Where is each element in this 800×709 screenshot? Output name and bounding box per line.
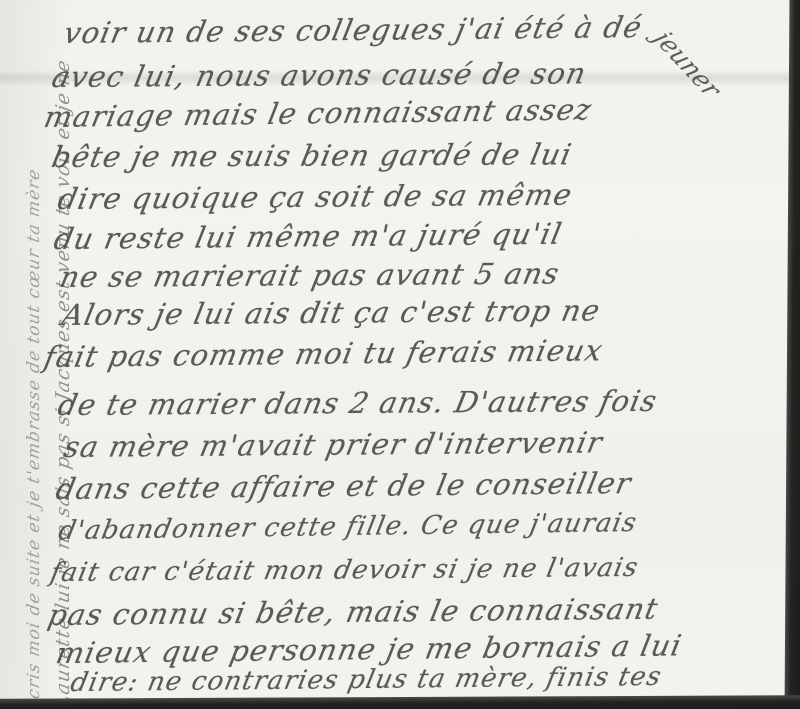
handwritten-line: ne se marierait pas avant 5 ans	[57, 257, 563, 295]
handwritten-line: fait car c'était mon devoir si je ne l'a…	[48, 553, 641, 588]
handwritten-line: du reste lui même m'a juré qu'il	[51, 217, 565, 256]
handwritten-line: mariage mais le connaissant assez	[41, 92, 595, 134]
handwritten-line: avec lui, nous avons causé de son	[49, 56, 590, 94]
handwritten-line: dans cette affaire et de le conseiller	[53, 466, 635, 506]
scan-edge-bottom	[0, 695, 800, 709]
handwritten-line: dire quoique ça soit de sa même	[55, 178, 576, 217]
handwritten-line: voir un de ses collegues j'ai été à dé	[61, 10, 645, 50]
letter-page: Laurette lui je ne sais pas si Jacques e…	[0, 0, 800, 709]
handwritten-line-end-diagonal: jeuner	[647, 26, 727, 102]
scan-edge-right	[784, 0, 800, 709]
handwritten-line: d'abandonner cette fille. Ce que j'aurai…	[56, 508, 640, 546]
handwritten-line: de te marier dans 2 ans. D'autres fois	[55, 384, 661, 422]
handwritten-line: dire: ne contraries plus ta mère, finis …	[68, 662, 665, 698]
handwritten-line: fait pas comme moi tu ferais mieux	[41, 333, 606, 374]
handwritten-line: sa mère m'avait prier d'intervenir	[61, 425, 606, 464]
handwritten-line: pas connu si bête, mais le connaissant	[45, 592, 662, 632]
handwritten-line: Alors je lui ais dit ça c'est trop ne	[59, 293, 604, 332]
margin-note-outer: écris moi de suite et je t'embrasse de t…	[24, 167, 44, 709]
handwritten-line: bête je me suis bien gardé de lui	[49, 137, 575, 174]
